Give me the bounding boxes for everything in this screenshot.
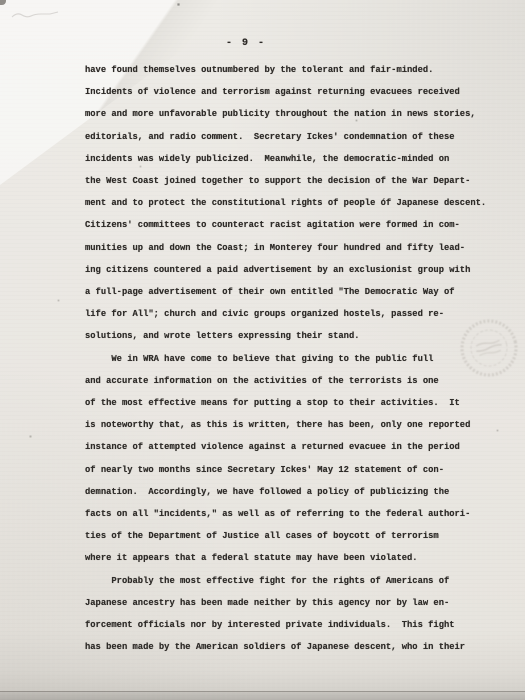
text-line: Citizens' committees to counteract racis…	[85, 214, 517, 236]
text-line: a full-page advertisement of their own e…	[85, 281, 517, 303]
text-line: munities up and down the Coast; in Monte…	[85, 237, 517, 259]
page-number: - 9 -	[0, 38, 492, 49]
text-line: where it appears that a federal statute …	[85, 547, 517, 569]
text-line: demnation. Accordingly, we have followed…	[85, 481, 517, 503]
text-line: Incidents of violence and terrorism agai…	[85, 81, 517, 103]
text-line: Probably the most effective fight for th…	[85, 570, 517, 592]
text-line: more and more unfavorable publicity thro…	[85, 103, 517, 125]
text-line: ment and to protect the constitutional r…	[85, 192, 517, 214]
text-line: life for All"; church and civic groups o…	[85, 303, 517, 325]
text-line: has been made by the American soldiers o…	[85, 636, 517, 658]
text-line: and accurate information on the activiti…	[85, 370, 517, 392]
text-line: of the most effective means for putting …	[85, 392, 517, 414]
text-line: have found themselves outnumbered by the…	[85, 59, 517, 81]
scanned-document-page: - 9 - have found themselves outnumbered …	[0, 0, 525, 700]
text-line: ing citizens countered a paid advertisem…	[85, 259, 517, 281]
text-line: forcement officials nor by interested pr…	[85, 614, 517, 636]
text-line: instance of attempted violence against a…	[85, 436, 517, 458]
text-line: incidents was widely publicized. Meanwhi…	[85, 148, 517, 170]
text-line: ties of the Department of Justice all ca…	[85, 525, 517, 547]
text-line: of nearly two months since Secretary Ick…	[85, 459, 517, 481]
corner-smudge	[0, 0, 6, 5]
text-line: Japanese ancestry has been made neither …	[85, 592, 517, 614]
text-line: facts on all "incidents," as well as of …	[85, 503, 517, 525]
text-line: editorials, and radio comment. Secretary…	[85, 126, 517, 148]
text-line: We in WRA have come to believe that givi…	[85, 348, 517, 370]
text-line: the West Coast joined together to suppor…	[85, 170, 517, 192]
scan-bottom-edge	[0, 691, 525, 700]
document-body: have found themselves outnumbered by the…	[85, 59, 517, 658]
pencil-mark-icon	[10, 8, 62, 22]
text-line: is noteworthy that, as this is written, …	[85, 414, 517, 436]
